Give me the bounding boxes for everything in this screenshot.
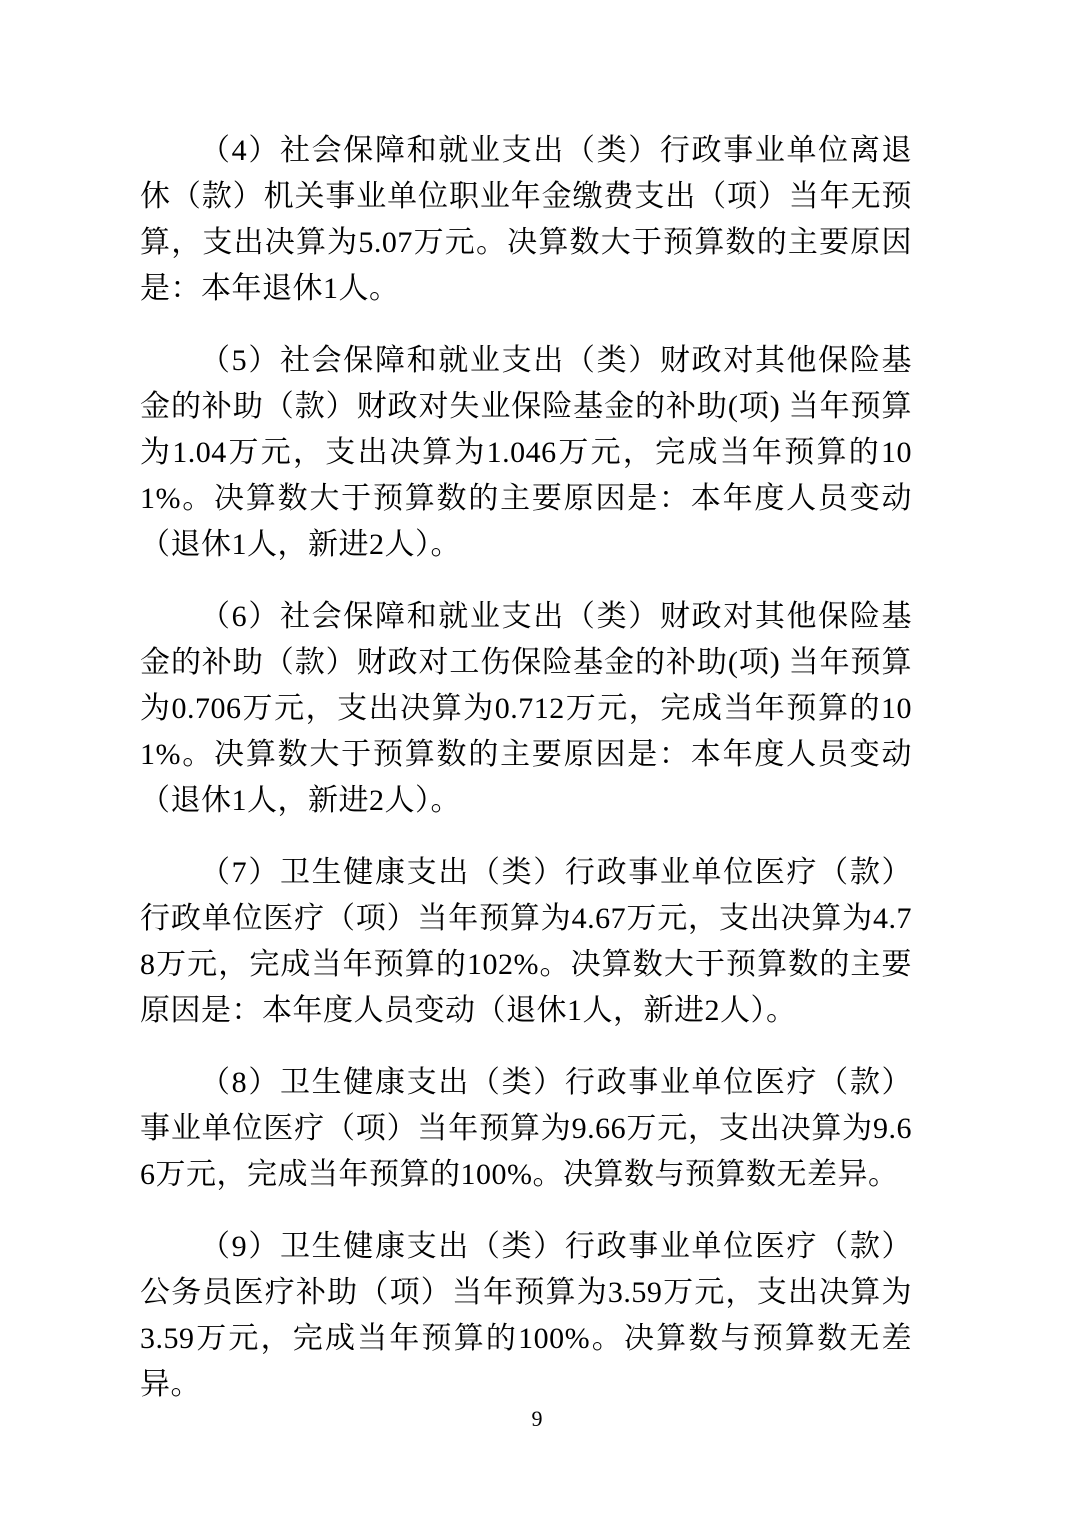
document-page: （4）社会保障和就业支出（类）行政事业单位离退休（款）机关事业单位职业年金缴费支… xyxy=(0,0,1074,1520)
paragraph-item-5: （5）社会保障和就业支出（类）财政对其他保险基金的补助（款）财政对失业保险基金的… xyxy=(140,338,912,568)
paragraph-item-9: （9）卫生健康支出（类）行政事业单位医疗（款）公务员医疗补助（项）当年预算为3.… xyxy=(140,1224,912,1408)
page-number: 9 xyxy=(0,1404,1074,1434)
paragraph-item-6: （6）社会保障和就业支出（类）财政对其他保险基金的补助（款）财政对工伤保险基金的… xyxy=(140,594,912,824)
paragraph-item-4: （4）社会保障和就业支出（类）行政事业单位离退休（款）机关事业单位职业年金缴费支… xyxy=(140,128,912,312)
page-content: （4）社会保障和就业支出（类）行政事业单位离退休（款）机关事业单位职业年金缴费支… xyxy=(140,128,912,1434)
paragraph-item-8: （8）卫生健康支出（类）行政事业单位医疗（款）事业单位医疗（项）当年预算为9.6… xyxy=(140,1060,912,1198)
paragraph-item-7: （7）卫生健康支出（类）行政事业单位医疗（款）行政单位医疗（项）当年预算为4.6… xyxy=(140,850,912,1034)
